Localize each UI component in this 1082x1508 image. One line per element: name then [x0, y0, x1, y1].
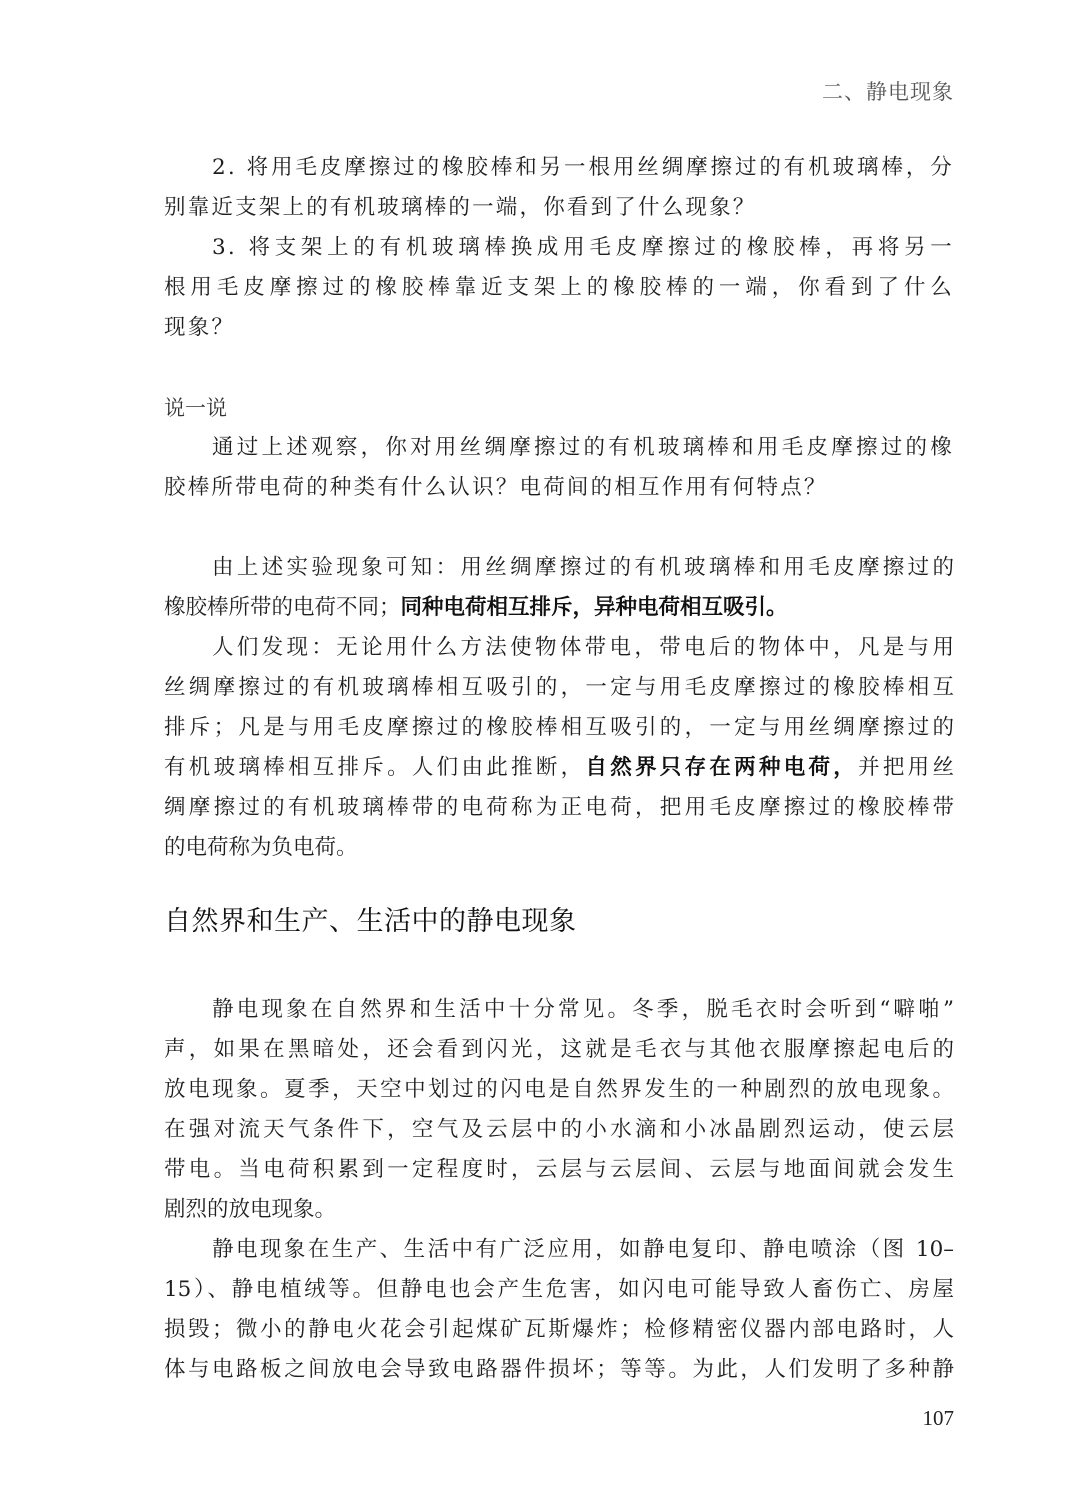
text-span: 橡胶棒所带的电荷不同； — [164, 595, 401, 620]
text-line: 静电现象在自然界和生活中十分常见。冬季，脱毛衣时会听到“噼啪” — [164, 990, 954, 1030]
conclusion-paragraph-1: 由上述实验现象可知：用丝绸摩擦过的有机玻璃棒和用毛皮摩擦过的 橡胶棒所带的电荷不… — [164, 548, 954, 628]
text-line: 排斥；凡是与用毛皮摩擦过的橡胶棒相互吸引的，一定与用丝绸摩擦过的 — [164, 708, 954, 748]
text-line: 在强对流天气条件下，空气及云层中的小水滴和小冰晶剧烈运动，使云层 — [164, 1110, 954, 1150]
text-line: 现象？ — [164, 308, 954, 348]
text-line: 橡胶棒所带的电荷不同；同种电荷相互排斥，异种电荷相互吸引。 — [164, 588, 954, 628]
text-line: 根用毛皮摩擦过的橡胶棒靠近支架上的橡胶棒的一端，你看到了什么 — [164, 268, 954, 308]
text-span: 并把用丝 — [858, 755, 954, 780]
page-number: 107 — [923, 1406, 955, 1431]
text-line: 有机玻璃棒相互排斥。人们由此推断，自然界只存在两种电荷，并把用丝 — [164, 748, 954, 788]
text-line: 3. 将支架上的有机玻璃棒换成用毛皮摩擦过的橡胶棒，再将另一 — [164, 228, 954, 268]
text-span: 有机玻璃棒相互排斥。人们由此推断， — [164, 755, 585, 780]
text-line: 胶棒所带电荷的种类有什么认识？电荷间的相互作用有何特点？ — [164, 468, 954, 508]
text-line: 人们发现：无论用什么方法使物体带电，带电后的物体中，凡是与用 — [164, 628, 954, 668]
section-paragraph-2: 静电现象在生产、生活中有广泛应用，如静电复印、静电喷涂（图 10– 15）、静电… — [164, 1230, 954, 1390]
text-line: 丝绸摩擦过的有机玻璃棒相互吸引的，一定与用毛皮摩擦过的橡胶棒相互 — [164, 668, 954, 708]
section-heading: 自然界和生产、生活中的静电现象 — [164, 898, 954, 946]
text-line: 损毁；微小的静电火花会引起煤矿瓦斯爆炸；检修精密仪器内部电路时，人 — [164, 1310, 954, 1350]
text-line: 2. 将用毛皮摩擦过的橡胶棒和另一根用丝绸摩擦过的有机玻璃棒，分 — [164, 148, 954, 188]
running-header: 二、静电现象 — [822, 76, 954, 106]
question-3: 3. 将支架上的有机玻璃棒换成用毛皮摩擦过的橡胶棒，再将另一 根用毛皮摩擦过的橡… — [164, 228, 954, 348]
text-line: 别靠近支架上的有机玻璃棒的一端，你看到了什么现象？ — [164, 188, 954, 228]
text-line: 剧烈的放电现象。 — [164, 1190, 954, 1230]
conclusion-paragraph-2: 人们发现：无论用什么方法使物体带电，带电后的物体中，凡是与用 丝绸摩擦过的有机玻… — [164, 628, 954, 868]
key-conclusion-bold: 自然界只存在两种电荷， — [585, 755, 858, 780]
text-line: 绸摩擦过的有机玻璃棒带的电荷称为正电荷，把用毛皮摩擦过的橡胶棒带 — [164, 788, 954, 828]
text-line: 静电现象在生产、生活中有广泛应用，如静电复印、静电喷涂（图 10– — [164, 1230, 954, 1270]
key-conclusion-bold: 同种电荷相互排斥，异种电荷相互吸引。 — [401, 595, 788, 620]
text-line: 放电现象。夏季，天空中划过的闪电是自然界发生的一种剧烈的放电现象。 — [164, 1070, 954, 1110]
question-2: 2. 将用毛皮摩擦过的橡胶棒和另一根用丝绸摩擦过的有机玻璃棒，分 别靠近支架上的… — [164, 148, 954, 228]
text-line: 由上述实验现象可知：用丝绸摩擦过的有机玻璃棒和用毛皮摩擦过的 — [164, 548, 954, 588]
text-line: 带电。当电荷积累到一定程度时，云层与云层间、云层与地面间就会发生 — [164, 1150, 954, 1190]
text-line: 的电荷称为负电荷。 — [164, 828, 954, 868]
text-line: 通过上述观察，你对用丝绸摩擦过的有机玻璃棒和用毛皮摩擦过的橡 — [164, 428, 954, 468]
discuss-label: 说一说 — [164, 388, 954, 428]
discuss-prompt: 通过上述观察，你对用丝绸摩擦过的有机玻璃棒和用毛皮摩擦过的橡 胶棒所带电荷的种类… — [164, 428, 954, 508]
page-body: 2. 将用毛皮摩擦过的橡胶棒和另一根用丝绸摩擦过的有机玻璃棒，分 别靠近支架上的… — [164, 148, 954, 1390]
text-line: 体与电路板之间放电会导致电路器件损坏；等等。为此，人们发明了多种静 — [164, 1350, 954, 1390]
section-paragraph-1: 静电现象在自然界和生活中十分常见。冬季，脱毛衣时会听到“噼啪” 声，如果在黑暗处… — [164, 990, 954, 1230]
text-line: 声，如果在黑暗处，还会看到闪光，这就是毛衣与其他衣服摩擦起电后的 — [164, 1030, 954, 1070]
text-line: 15）、静电植绒等。但静电也会产生危害，如闪电可能导致人畜伤亡、房屋 — [164, 1270, 954, 1310]
